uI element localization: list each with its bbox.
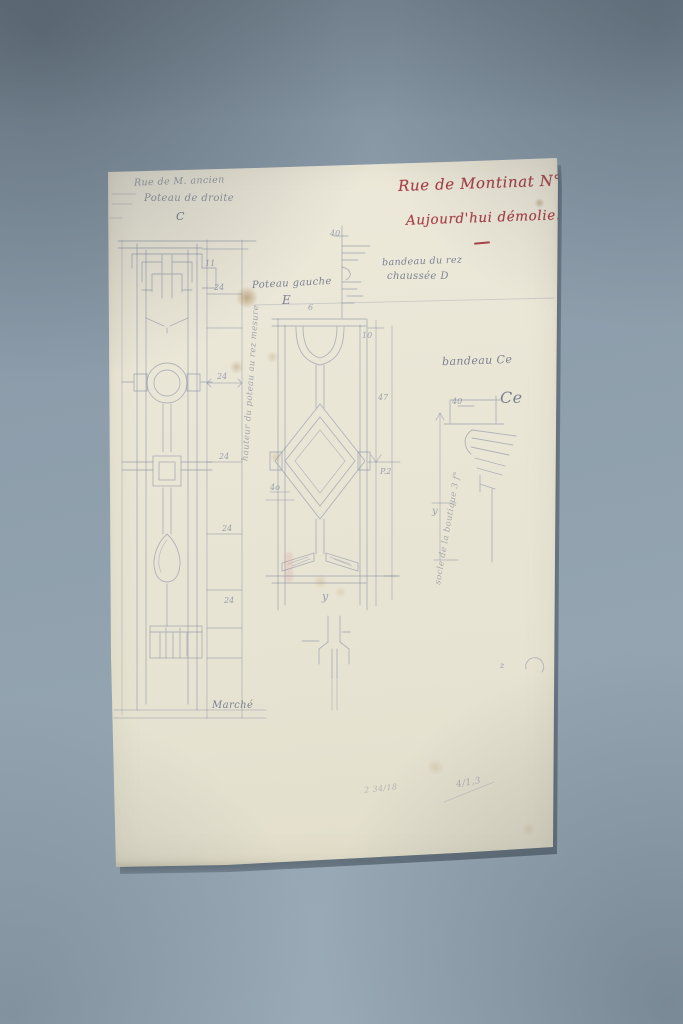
note-poteau-gauche-letter: E — [282, 293, 291, 307]
section-rule — [254, 298, 554, 305]
note-bandeau-rez-2: chaussée D — [387, 271, 449, 282]
dim-value: 24 — [218, 452, 229, 461]
pencil-sketch: 24 24 24 24 24 40 10 47 P.2 4o y 6 11 40… — [106, 170, 557, 868]
middle-dimension-lines — [368, 320, 400, 606]
left-post-panel-E — [266, 319, 398, 610]
photograph-background: 24 24 24 24 24 40 10 47 P.2 4o y 6 11 40… — [0, 0, 683, 1024]
dim-value: 10 — [362, 331, 372, 340]
left-post-elevation — [114, 240, 266, 718]
dim-value: 24 — [221, 524, 232, 533]
dim-value: 47 — [377, 393, 389, 402]
dim-value: 40 — [451, 397, 462, 406]
paper-content: 24 24 24 24 24 40 10 47 P.2 4o y 6 11 40… — [106, 170, 557, 868]
dim-value: 40 — [329, 229, 340, 238]
sketch-paper-sheet: 24 24 24 24 24 40 10 47 P.2 4o y 6 11 40… — [106, 156, 561, 868]
note-bandeau-ce: bandeau Ce — [442, 353, 513, 368]
top-molding-profile — [334, 226, 370, 318]
note-top-left-2: Poteau de droite — [144, 193, 234, 204]
note-marche: Marché — [212, 700, 253, 711]
panel-base-profile — [302, 616, 350, 710]
dim-value: P.2 — [379, 467, 391, 476]
top-left-rules — [110, 194, 136, 218]
dim-value: 6 — [308, 303, 313, 312]
note-top-left-letter: C — [176, 210, 185, 223]
dim-value: y — [321, 590, 329, 603]
dim-value: 24 — [213, 283, 224, 292]
left-dimension-lines — [202, 240, 248, 718]
note-ce-mark: Ce — [500, 388, 523, 407]
dim-value: 24 — [216, 372, 227, 381]
dim-value: 4o — [269, 483, 280, 492]
dim-value: z — [499, 661, 505, 670]
dim-value: 11 — [205, 259, 215, 268]
dim-value: 24 — [223, 596, 234, 605]
dim-value: y — [431, 506, 438, 517]
